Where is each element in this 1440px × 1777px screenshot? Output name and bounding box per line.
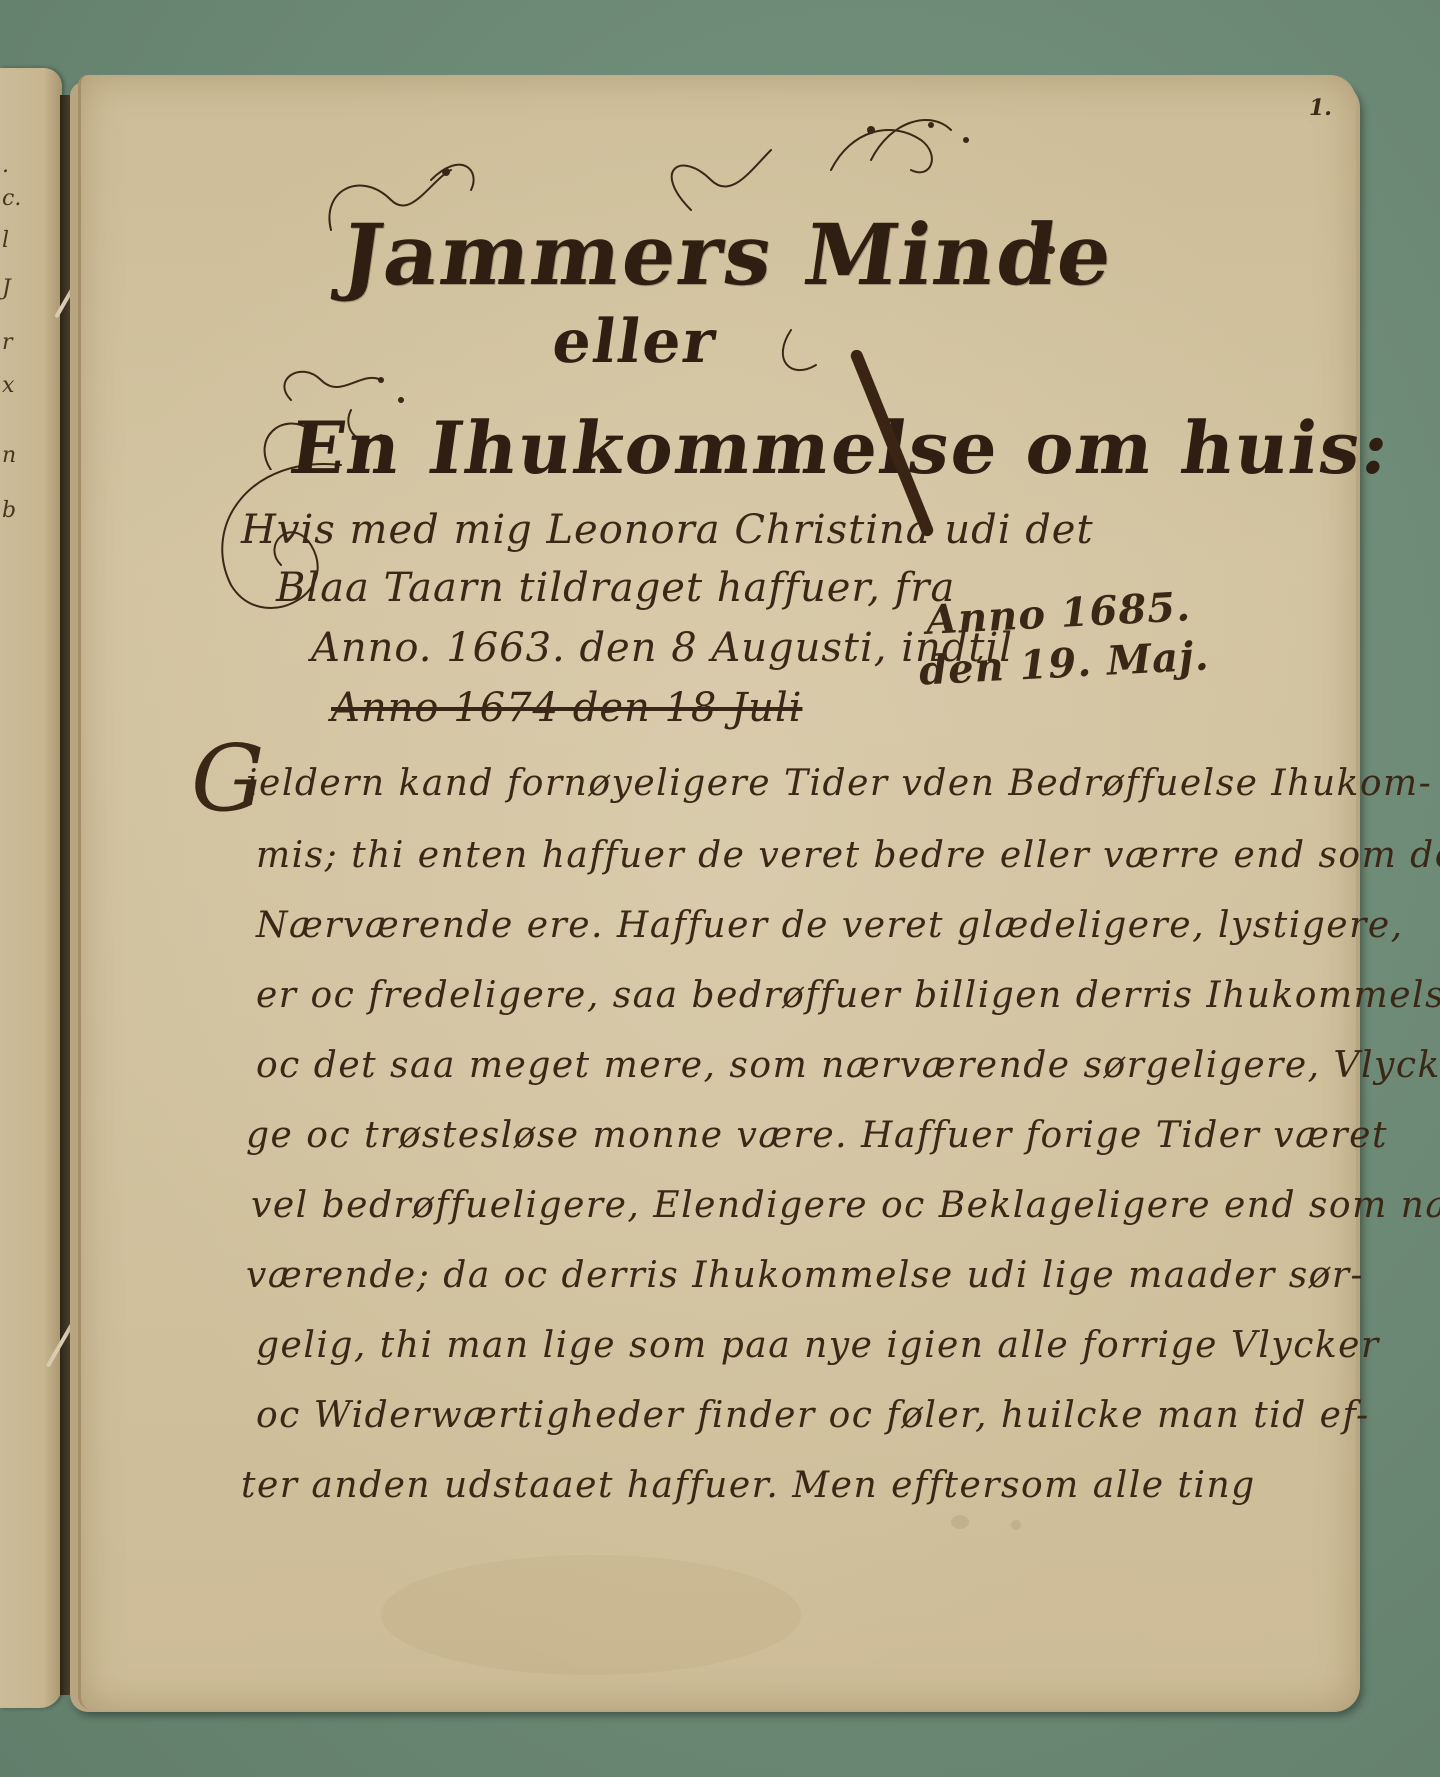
margin-mark: x [2, 373, 14, 398]
body-line: ge oc trøstesløse monne være. Haffuer fo… [246, 1115, 1388, 1156]
ink-spot [951, 1515, 969, 1529]
manuscript-page: 1. Jammers Minde eller [78, 75, 1356, 1710]
subtitle-line: Hvis med mig Leonora Christina udi det [241, 507, 1094, 553]
margin-mark: c. [2, 186, 21, 211]
margin-mark: . [2, 153, 9, 178]
margin-mark: J [2, 276, 11, 301]
page-number: 1. [1309, 95, 1332, 121]
subtitle-line: Blaa Taarn tildraget haffuer, fra [276, 565, 955, 611]
title-subtitle: En Ihukommelse om huis: [285, 405, 1397, 490]
ink-spot [1011, 1520, 1021, 1530]
margin-mark: l [2, 228, 9, 253]
body-line: mis; thi enten haffuer de veret bedre el… [256, 835, 1440, 876]
body-line: ter anden udstaaet haffuer. Men effterso… [241, 1465, 1256, 1506]
title-main: Jammers Minde [336, 205, 1120, 304]
struck-out-date-line: Anno 1674 den 18 Juli [331, 685, 802, 731]
body-line: er oc fredeligere, saa bedrøffuer billig… [256, 975, 1440, 1016]
previous-page-edge: . c. l J r x n b [0, 68, 62, 1708]
body-line: vel bedrøffueligere, Elendigere oc Bekla… [251, 1185, 1440, 1226]
subtitle-line: Anno. 1663. den 8 Augusti, indtil [311, 625, 1013, 671]
margin-mark: n [2, 443, 16, 468]
body-line: oc det saa meget mere, som nærværende sø… [256, 1045, 1440, 1086]
body-line: gelig, thi man lige som paa nye igien al… [256, 1325, 1380, 1366]
body-line: ieldern kand fornøyeligere Tider vden Be… [246, 763, 1432, 804]
body-line: værende; da oc derris Ihukommelse udi li… [246, 1255, 1364, 1296]
margin-mark: b [2, 498, 16, 523]
title-connector: eller [548, 307, 721, 377]
body-line: oc Widerwærtigheder finder oc føler, hui… [256, 1395, 1370, 1436]
margin-mark: r [2, 330, 13, 355]
body-line: Nærværende ere. Haffuer de veret glædeli… [256, 905, 1404, 946]
paper-stain [381, 1555, 801, 1675]
